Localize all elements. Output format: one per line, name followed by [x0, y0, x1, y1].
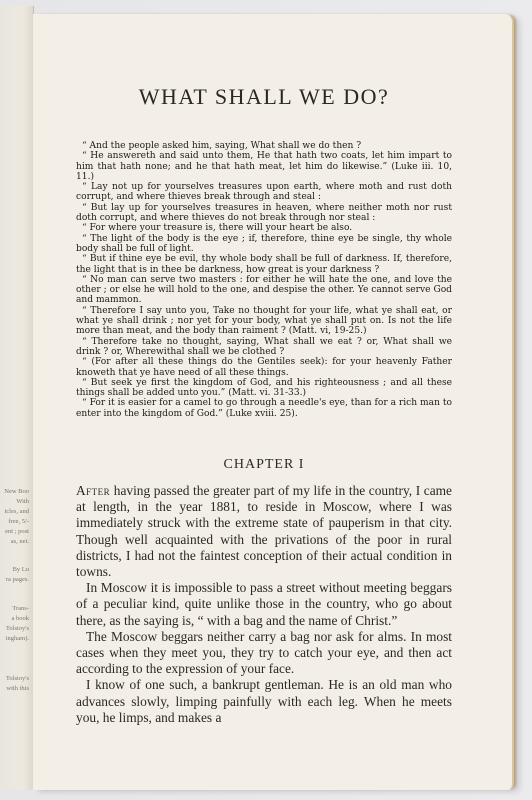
previous-page-snippet: New Boo [4, 488, 29, 496]
epigraph-verse: “ For where your treasure is, there will… [76, 223, 452, 233]
previous-page-snippet: ra pages. [6, 576, 29, 584]
epigraph-verse: “ Lay not up for yourselves treasures up… [76, 182, 452, 203]
previous-page-snippet: a book [11, 615, 29, 623]
epigraph-verse: “ Therefore I say unto you, Take no thou… [76, 306, 452, 337]
book-photo: New BooWithicles, andfree, 5/-ent ; post… [0, 0, 532, 800]
previous-page-snippet: Tolstoy's [6, 675, 29, 683]
previous-page-snippet: ent ; post [5, 528, 29, 536]
previous-page-snippet: With [16, 498, 29, 506]
previous-page-snippet: By Lu [13, 566, 29, 574]
epigraph-verse: “ (For after all these things do the Gen… [76, 357, 452, 378]
epigraph-verse: “ For it is easier for a camel to go thr… [76, 398, 452, 419]
epigraph-verse: “ But seek ye first the kingdom of God, … [76, 378, 452, 399]
opening-word: After [76, 483, 110, 498]
body-paragraph: In Moscow it is impossible to pass a str… [76, 580, 452, 629]
epigraph-verse: “ But lay up for yourselves treasures in… [76, 203, 452, 224]
previous-page-snippet: with this [6, 685, 29, 693]
body-paragraph: The Moscow beggars neither carry a bag n… [76, 629, 452, 678]
previous-page-snippet: free, 5/- [8, 518, 29, 526]
chapter-body: After having passed the greater part of … [76, 483, 452, 726]
epigraph-verse: “ Therefore take no thought, saying, Wha… [76, 337, 452, 358]
previous-page-edge: New BooWithicles, andfree, 5/-ent ; post… [0, 6, 34, 790]
epigraph-verse: “ No man can serve two masters : for eit… [76, 275, 452, 306]
first-paragraph-text: having passed the greater part of my lif… [76, 483, 452, 579]
previous-page-snippet: icles, and [4, 508, 29, 516]
previous-page-snippet: Trans- [12, 605, 29, 613]
body-paragraph: After having passed the greater part of … [76, 483, 452, 580]
epigraph-verse: “ The light of the body is the eye ; if,… [76, 234, 452, 255]
epigraph-verse: “ But if thine eye be evil, thy whole bo… [76, 254, 452, 275]
book-page: WHAT SHALL WE DO? “ And the people asked… [33, 14, 514, 790]
epigraph: “ And the people asked him, saying, What… [76, 141, 452, 419]
body-paragraph: I know of one such, a bankrupt gentleman… [76, 677, 452, 726]
previous-page-snippet: Tolstoy's [6, 625, 29, 633]
previous-page-snippet: ingham). [6, 635, 29, 643]
epigraph-verse: “ And the people asked him, saying, What… [76, 141, 452, 151]
page-title: WHAT SHALL WE DO? [76, 84, 452, 110]
epigraph-verse: “ He answereth and said unto them, He th… [76, 151, 452, 182]
previous-page-snippet: as, net. [11, 538, 29, 546]
chapter-heading: CHAPTER I [76, 457, 452, 473]
